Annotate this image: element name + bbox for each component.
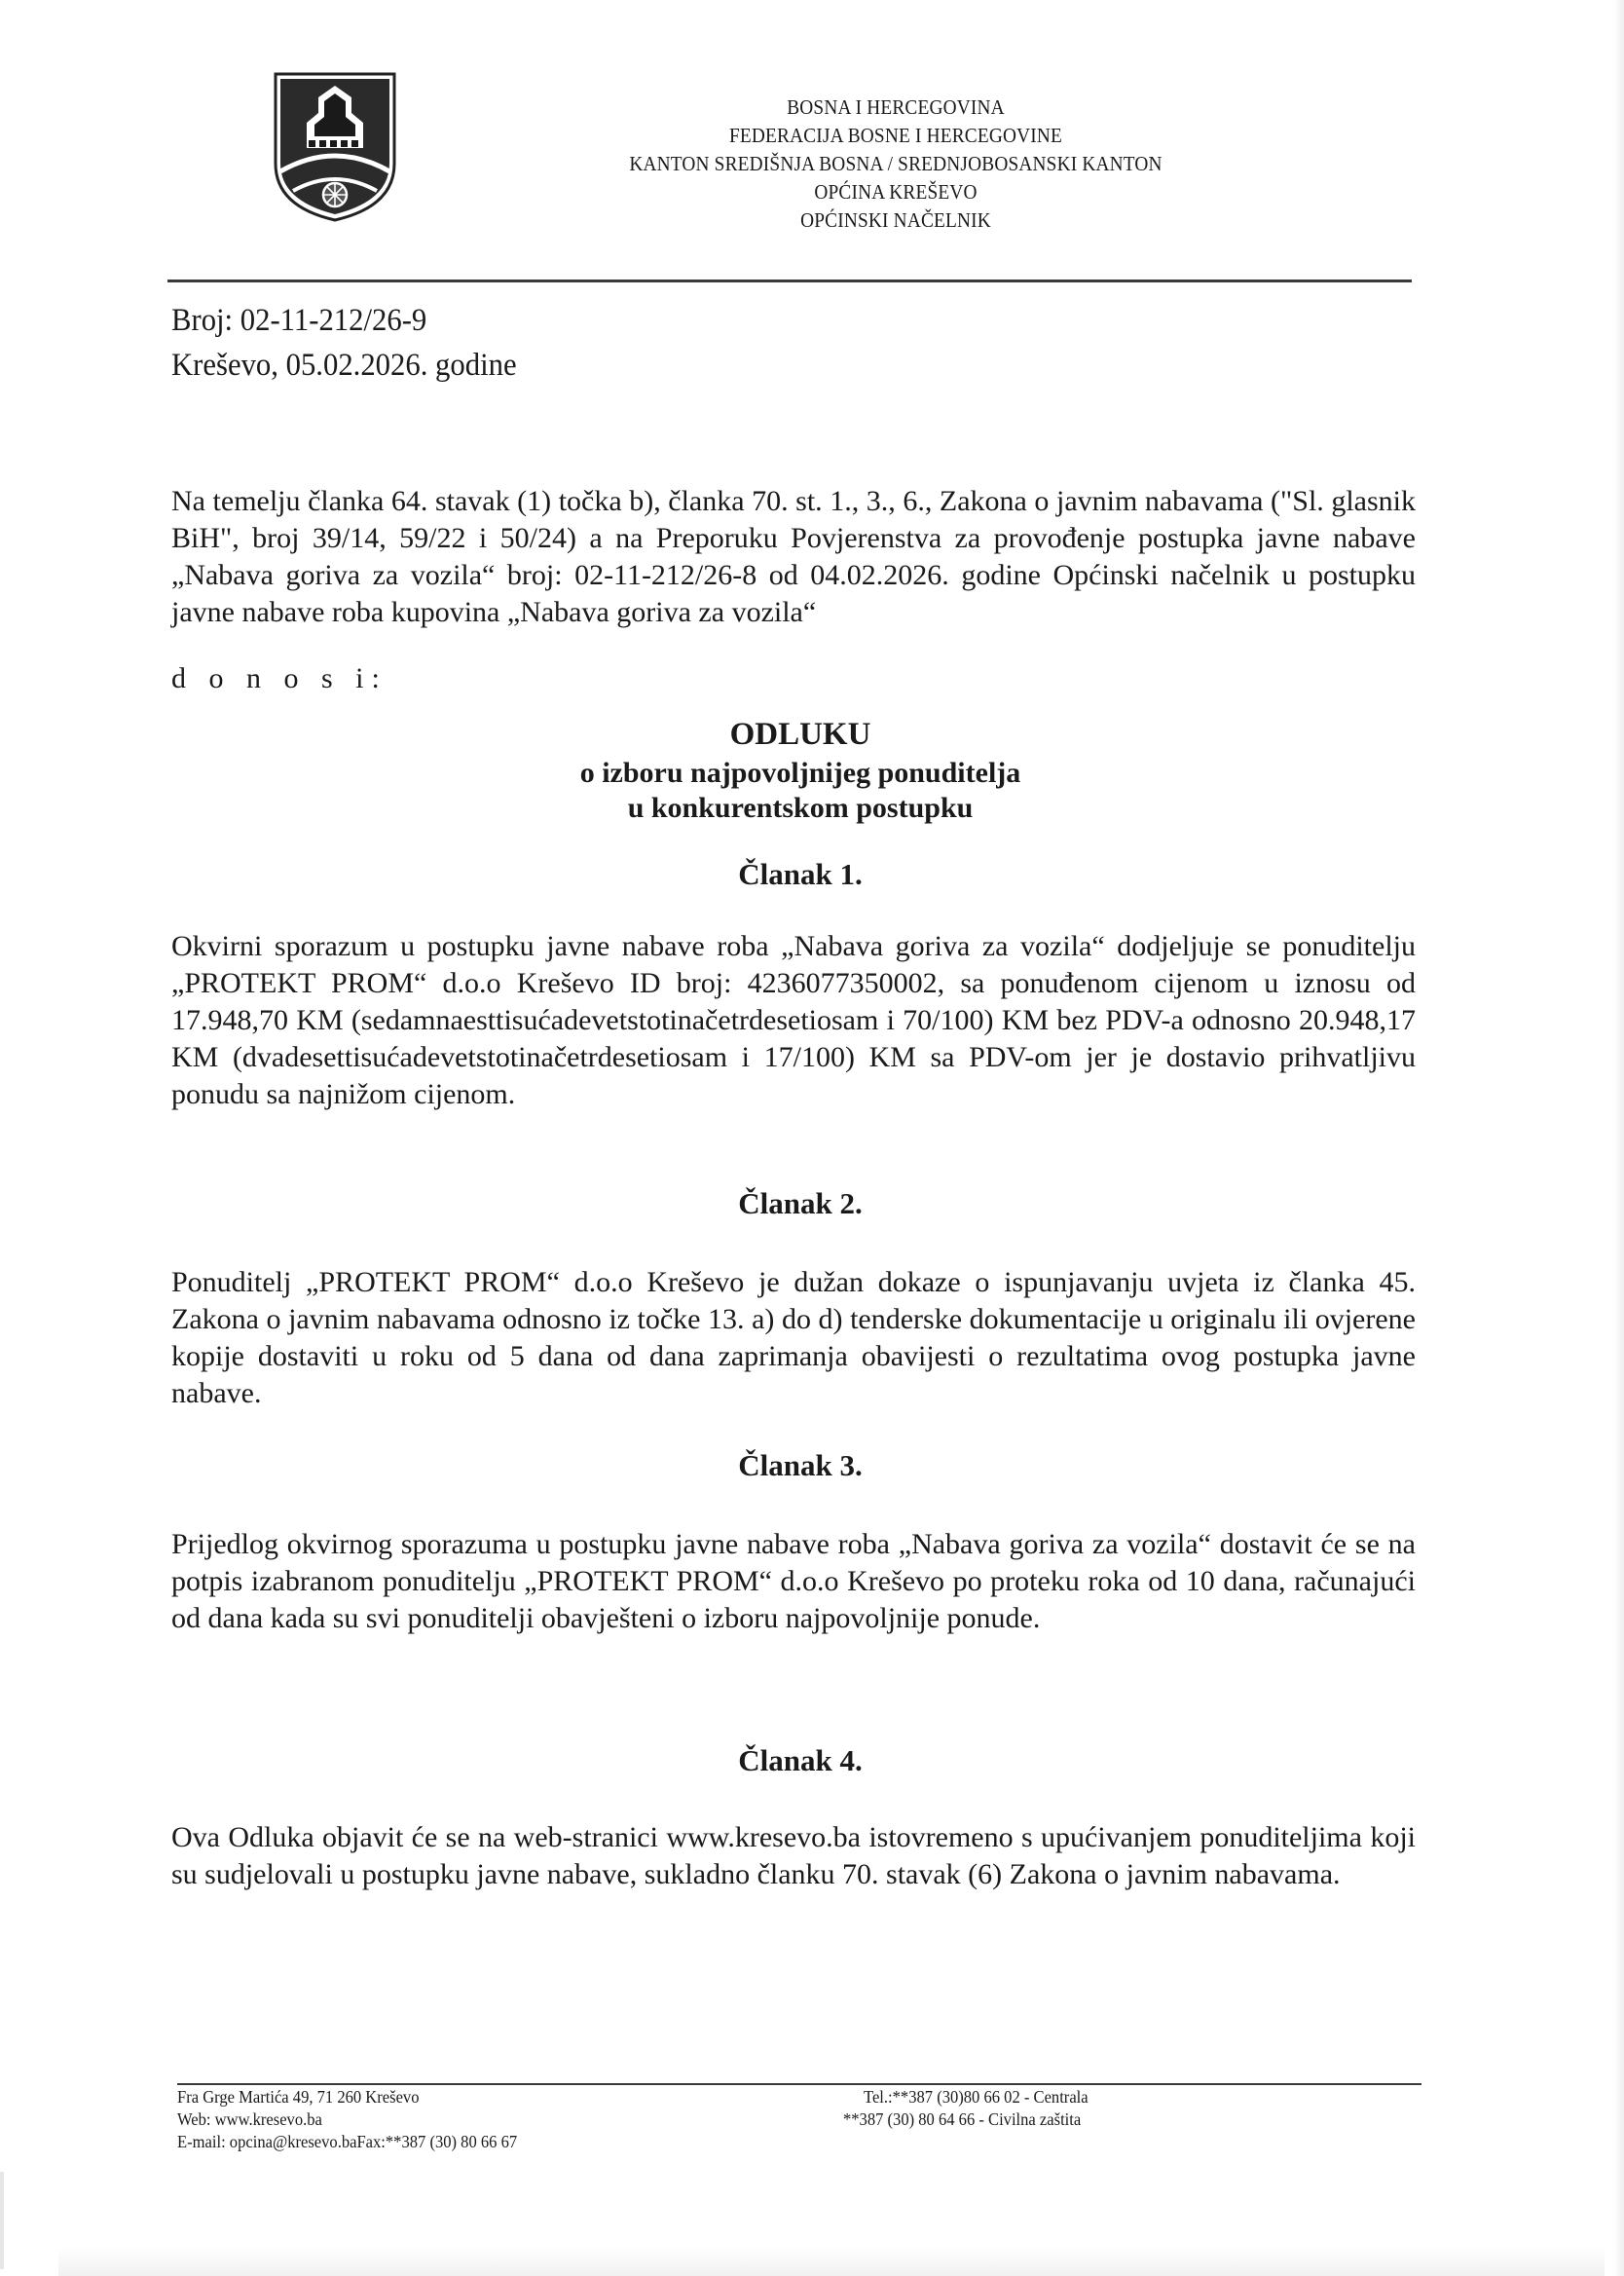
article-1-text: Okvirni sporazum u postupku javne nabave… [171, 928, 1416, 1113]
place-date: Kreševo, 05.02.2026. godine [171, 343, 517, 388]
reference-block: Broj: 02-11-212/26-9 Kreševo, 05.02.2026… [171, 298, 517, 388]
article-2-text: Ponuditelj „PROTEKT PROM“ d.o.o Kreševo … [171, 1264, 1416, 1412]
coat-of-arms-icon [272, 70, 398, 224]
letterhead-office: OPĆINSKI NAČELNIK [421, 206, 1370, 235]
letterhead-country: BOSNA I HERCEGOVINA [421, 93, 1370, 122]
footer-contact-left: Fra Grge Martića 49, 71 260 Kreševo Web:… [177, 2086, 517, 2153]
footer-tel-civil: **387 (30) 80 64 66 - Civilna zaštita [843, 2108, 1081, 2131]
article-4-heading: Članak 4. [167, 1743, 1433, 1778]
article-2-heading: Članak 2. [167, 1186, 1433, 1221]
footer-address: Fra Grge Martića 49, 71 260 Kreševo [177, 2086, 517, 2108]
article-3-text: Prijedlog okvirnog sporazuma u postupku … [171, 1526, 1416, 1637]
header-divider [167, 280, 1412, 282]
letterhead: BOSNA I HERCEGOVINA FEDERACIJA BOSNE I H… [421, 93, 1370, 235]
scan-edge [1614, 0, 1624, 2276]
decision-subtitle-line-1: o izboru najpovoljnijeg ponuditelja [167, 756, 1433, 791]
intro-paragraph: Na temelju članka 64. stavak (1) točka b… [171, 483, 1416, 631]
letterhead-federation: FEDERACIJA BOSNE I HERCEGOVINE [421, 122, 1370, 150]
article-3-heading: Članak 3. [167, 1448, 1433, 1483]
reference-number: Broj: 02-11-212/26-9 [171, 298, 517, 343]
footer-divider [177, 2083, 1421, 2085]
footer-tel-central: Tel.:**387 (30)80 66 02 - Centrala [864, 2086, 1089, 2108]
decision-title: ODLUKU [167, 715, 1433, 754]
footer-email-fax: E-mail: opcina@kresevo.baFax:**387 (30) … [177, 2131, 517, 2153]
article-4-text: Ova Odluka objavit će se na web-stranici… [171, 1819, 1416, 1893]
scan-edge [0, 2172, 4, 2269]
letterhead-canton: KANTON SREDIŠNJA BOSNA / SREDNJOBOSANSKI… [421, 150, 1370, 178]
donosi-label: d o n o s i: [171, 662, 388, 695]
decision-subtitle: o izboru najpovoljnijeg ponuditelja u ko… [167, 756, 1433, 826]
scan-smudge [58, 2247, 1605, 2276]
decision-subtitle-line-2: u konkurentskom postupku [167, 791, 1433, 826]
article-1-heading: Članak 1. [167, 857, 1433, 892]
footer-web: Web: www.kresevo.ba [177, 2108, 517, 2131]
letterhead-municipality: OPĆINA KREŠEVO [421, 178, 1370, 206]
